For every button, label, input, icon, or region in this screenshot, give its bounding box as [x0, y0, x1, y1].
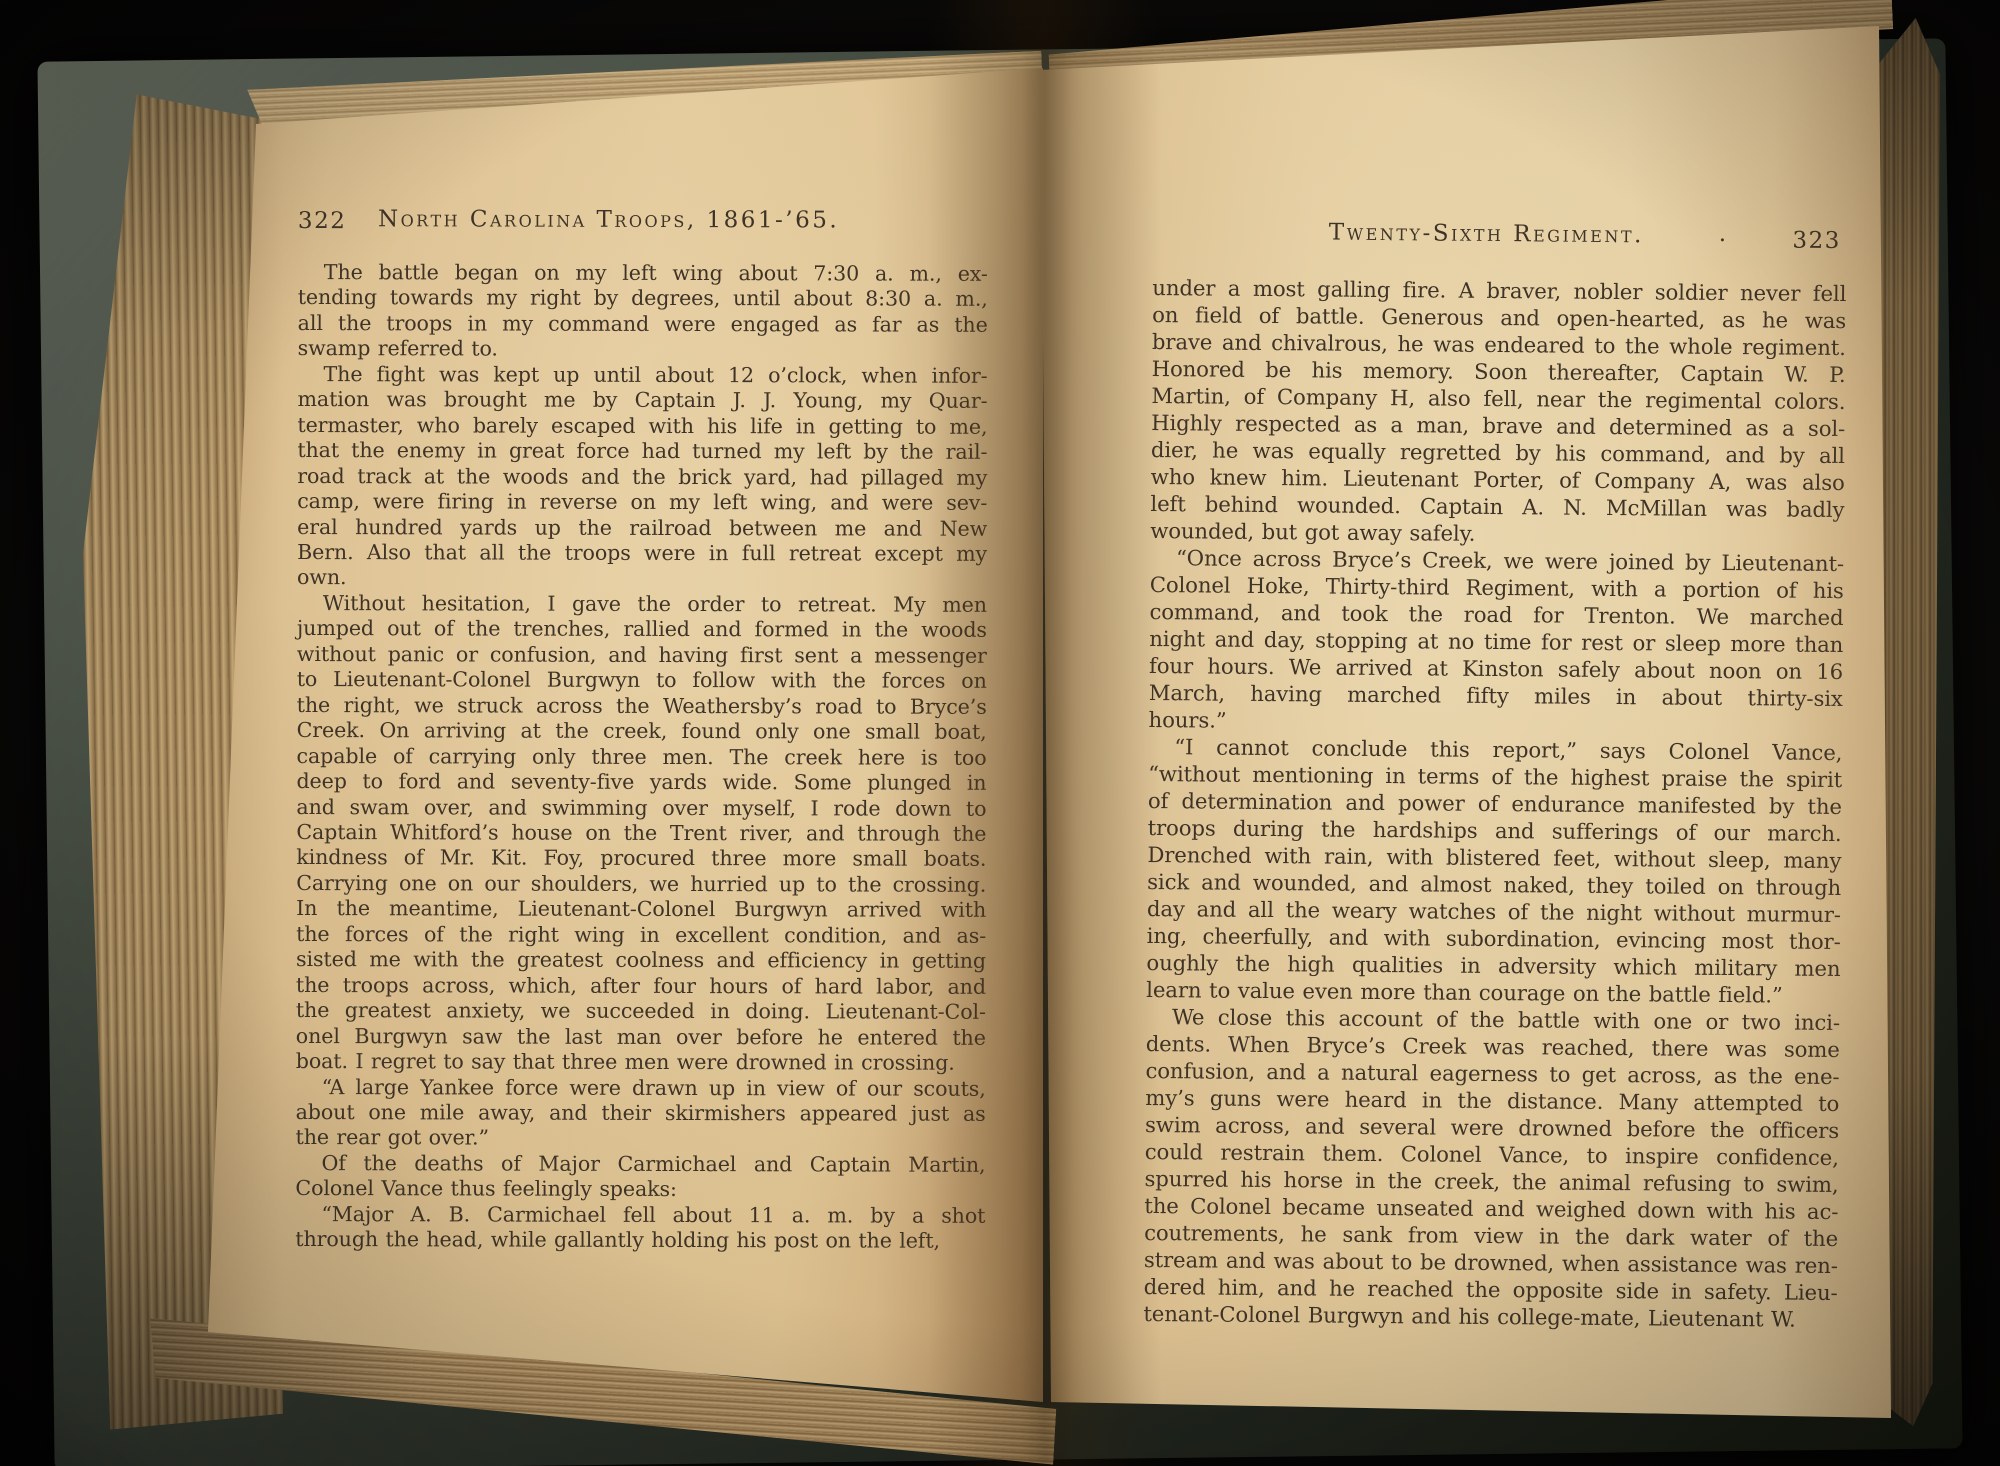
text-line: the forces of the right wing in excellen… [296, 922, 986, 949]
text-line: Bern. Also that all the troops were in f… [297, 540, 987, 567]
text-line: the troops across, which, after four hou… [296, 973, 986, 1000]
header-dot: . [1719, 221, 1728, 247]
text-line: Creek. On arriving at the creek, found o… [297, 718, 987, 745]
text-line: onel Burgwyn saw the last man over befor… [296, 1024, 986, 1051]
text-line: without panic or confusion, and having f… [297, 642, 987, 669]
text-line: The fight was kept up until about 12 o’c… [298, 362, 988, 389]
text-line: boat. I regret to say that three men wer… [296, 1049, 986, 1076]
left-page-body: The battle began on my left wing about 7… [295, 260, 988, 1254]
text-line: the rear got over.” [296, 1125, 986, 1152]
text-line: Of the deaths of Major Carmichael and Ca… [295, 1151, 985, 1178]
book-photo: 322 North Carolina Troops, 1861-’65. The… [0, 0, 2000, 1466]
left-page-number: 322 [298, 208, 346, 234]
text-line: “A large Yankee force were drawn up in v… [296, 1074, 986, 1101]
left-running-header: 322 North Carolina Troops, 1861-’65. [298, 204, 988, 246]
text-line: capable of carrying only three men. The … [297, 744, 987, 771]
text-line: sisted me with the greatest coolness and… [296, 947, 986, 974]
left-page: 322 North Carolina Troops, 1861-’65. The… [198, 56, 1043, 1402]
text-line: termaster, who barely escaped with his l… [297, 413, 987, 440]
right-page-number: 323 [1792, 228, 1841, 254]
right-page-text: Twenty-Sixth Regiment. . 323 under a mos… [1143, 216, 1847, 1333]
text-line: Carrying one on our shoulders, we hurrie… [296, 871, 986, 898]
text-line: the greatest anxiety, we succeeded in do… [296, 998, 986, 1025]
text-line: deep to ford and seventy-five yards wide… [296, 769, 986, 796]
right-running-head-title: Twenty-Sixth Regiment. [1329, 220, 1644, 249]
text-line: that the enemy in great force had turned… [297, 438, 987, 465]
text-line: to Lieutenant-Colonel Burgwyn to follow … [297, 667, 987, 694]
left-page-text: 322 North Carolina Troops, 1861-’65. The… [295, 204, 988, 1254]
text-line: camp, were firing in reverse on my left … [297, 489, 987, 516]
text-line: the right, we struck across the Weathers… [297, 693, 987, 720]
text-line: road track at the woods and the brick ya… [297, 464, 987, 491]
text-line: mation was brought me by Captain J. J. Y… [297, 387, 987, 414]
text-line: “Major A. B. Carmichael fell about 11 a.… [295, 1202, 985, 1229]
text-line: Without hesitation, I gave the order to … [297, 591, 987, 618]
text-line: and swam over, and swimming over myself,… [296, 795, 986, 822]
text-line: eral hundred yards up the railroad betwe… [297, 515, 987, 542]
text-line: kindness of Mr. Kit. Foy, procured three… [296, 845, 986, 872]
text-line: through the head, while gallantly holdin… [295, 1227, 985, 1254]
text-line: about one mile away, and their skirmishe… [296, 1100, 986, 1127]
text-line: jumped out of the trenches, rallied and … [297, 616, 987, 643]
text-line: tending towards my right by degrees, unt… [298, 285, 988, 312]
text-line: all the troops in my command were engage… [298, 311, 988, 338]
text-line: In the meantime, Lieutenant-Colonel Burg… [296, 896, 986, 923]
right-page: Twenty-Sixth Regiment. . 323 under a mos… [1041, 18, 1893, 1430]
left-running-head-title: North Carolina Troops, 1861-’65. [378, 206, 839, 233]
text-line: swamp referred to. [298, 336, 988, 363]
right-page-body: under a most galling fire. A braver, nob… [1143, 274, 1846, 1333]
text-line: own. [297, 565, 987, 592]
right-running-header: Twenty-Sixth Regiment. . 323 [1153, 216, 1847, 262]
text-line: The battle began on my left wing about 7… [298, 260, 988, 287]
text-line: Colonel Vance thus feelingly speaks: [295, 1176, 985, 1203]
text-line: Captain Whitford’s house on the Trent ri… [296, 820, 986, 847]
text-line: tenant-Colonel Burgwyn and his college-m… [1143, 1300, 1837, 1333]
